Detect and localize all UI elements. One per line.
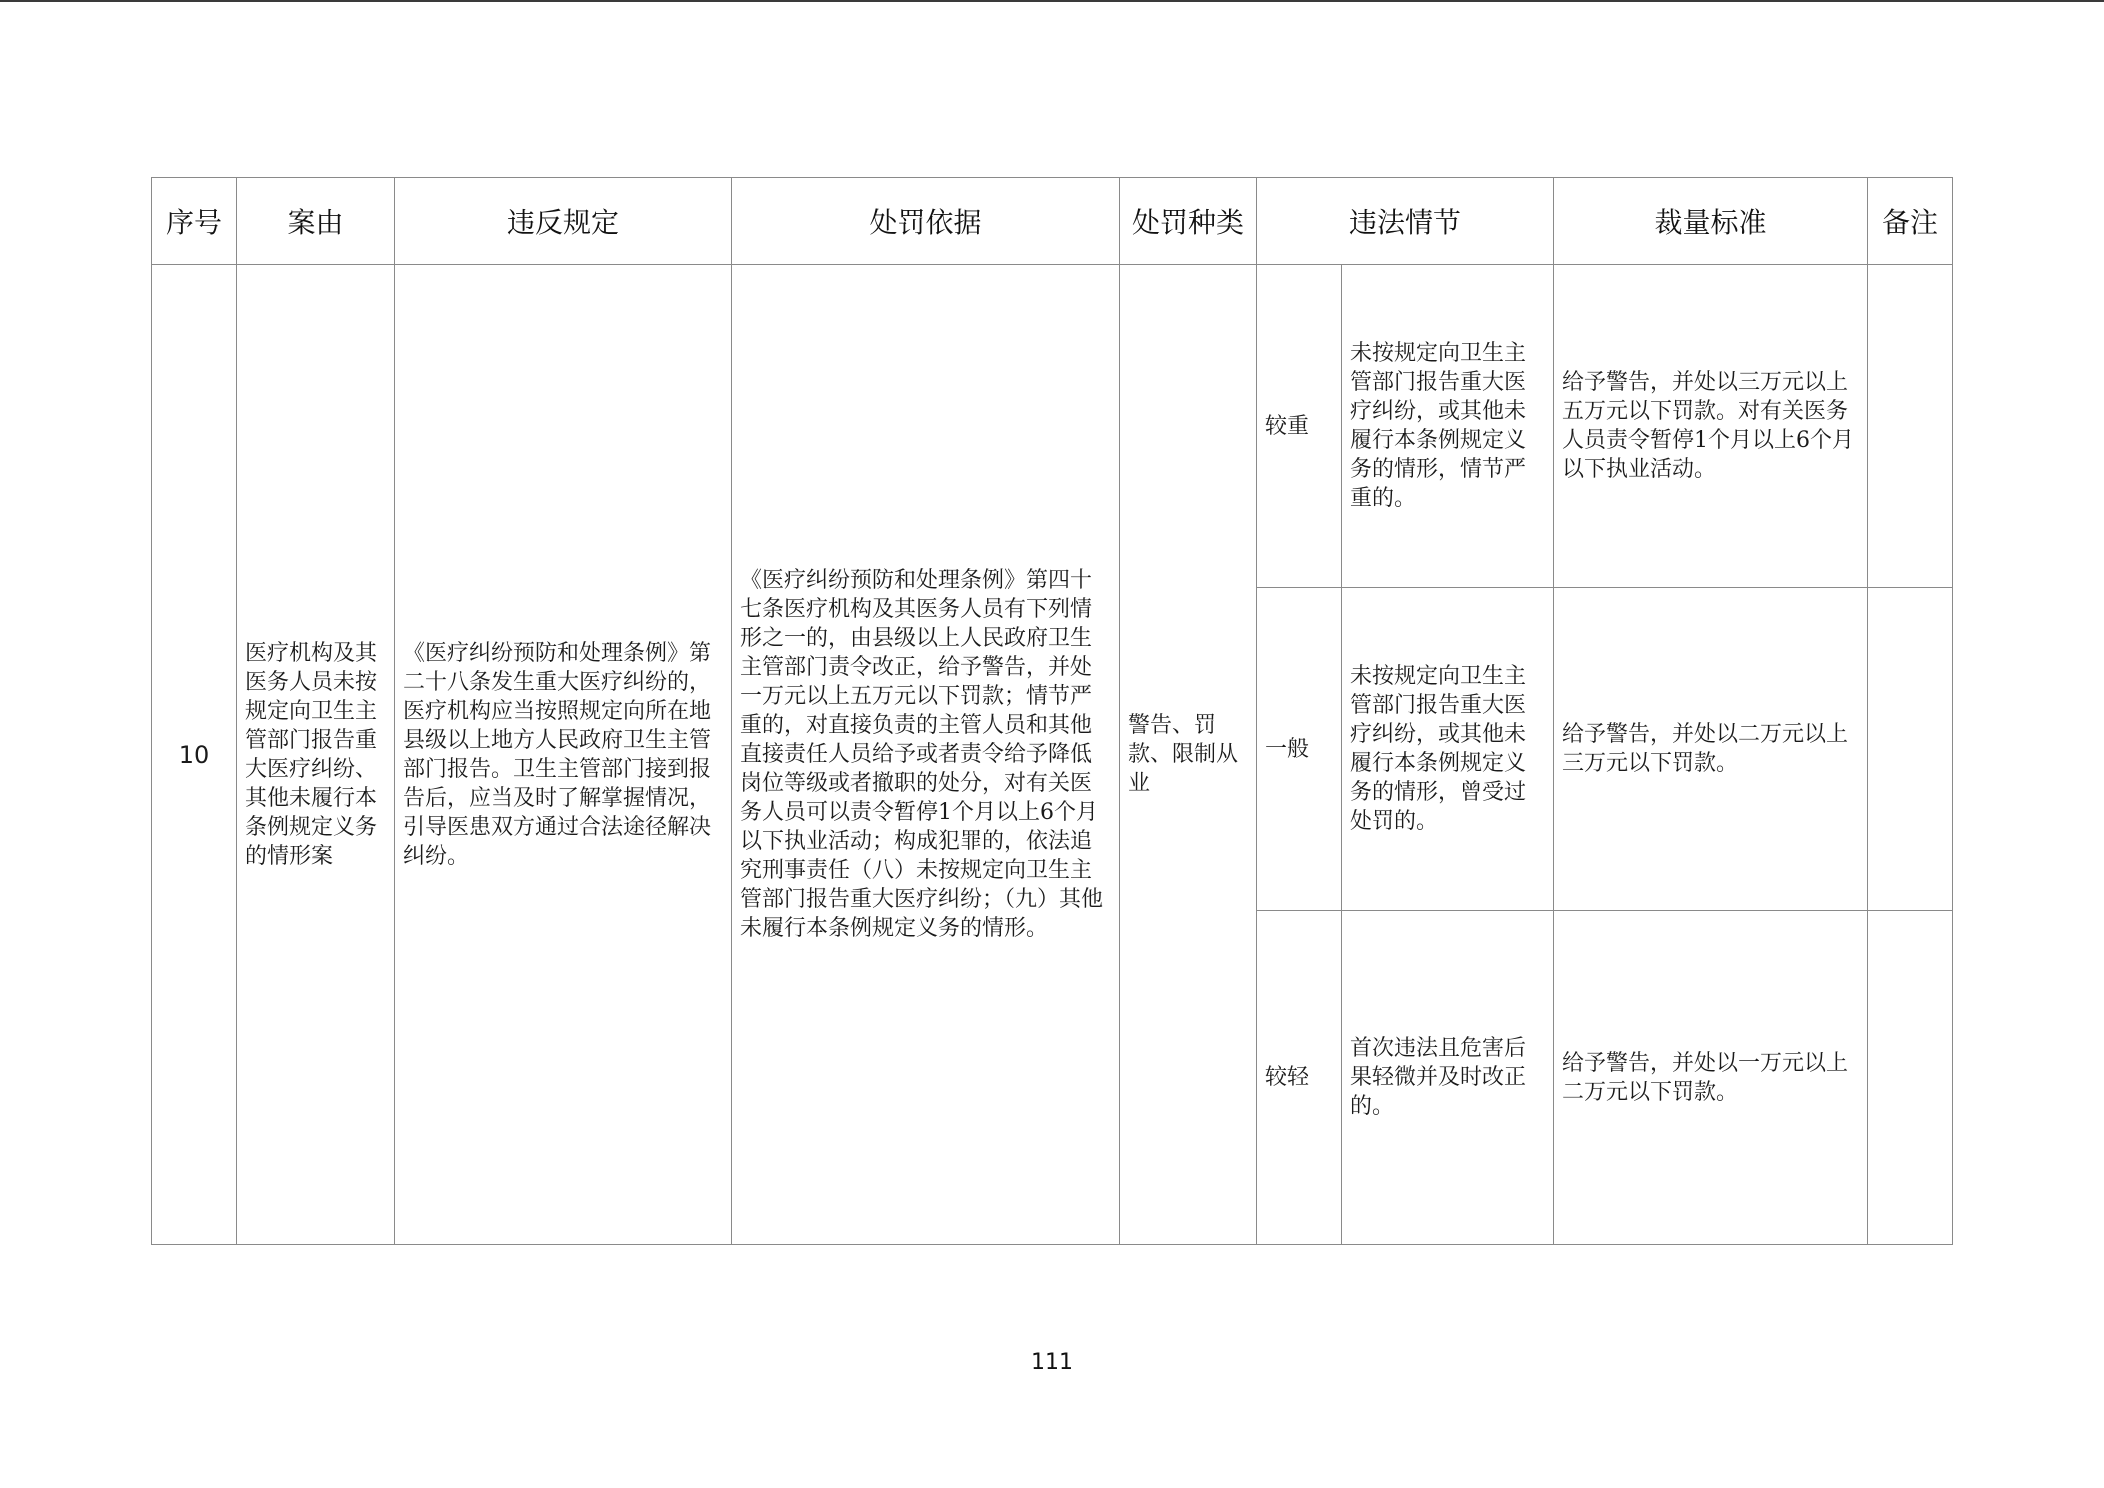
cell-circumstance: 未按规定向卫生主管部门报告重大医疗纠纷，或其他未履行本条例规定义务的情形，情节严…: [1342, 265, 1554, 588]
header-circumstances: 违法情节: [1257, 178, 1554, 265]
cell-violated-rule: 《医疗纠纷预防和处理条例》第二十八条发生重大医疗纠纷的，医疗机构应当按照规定向所…: [395, 265, 732, 1245]
cell-circumstance: 首次违法且危害后果轻微并及时改正的。: [1342, 911, 1554, 1245]
cell-standard: 给予警告，并处以一万元以上二万元以下罚款。: [1554, 911, 1868, 1245]
header-seq: 序号: [152, 178, 237, 265]
cell-standard: 给予警告，并处以三万元以上五万元以下罚款。对有关医务人员责令暂停1个月以上6个月…: [1554, 265, 1868, 588]
header-violated-rule: 违反规定: [395, 178, 732, 265]
header-discretion-standard: 裁量标准: [1554, 178, 1868, 265]
header-remarks: 备注: [1868, 178, 1953, 265]
cell-standard: 给予警告，并处以二万元以上三万元以下罚款。: [1554, 588, 1868, 911]
cell-remark: [1868, 911, 1953, 1245]
cell-penalty-basis: 《医疗纠纷预防和处理条例》第四十七条医疗机构及其医务人员有下列情形之一的，由县级…: [732, 265, 1120, 1245]
header-penalty-type: 处罚种类: [1120, 178, 1257, 265]
cell-penalty-type: 警告、罚款、限制从业: [1120, 265, 1257, 1245]
page-number: 111: [0, 1350, 2104, 1375]
cell-level: 较重: [1257, 265, 1342, 588]
cell-case: 医疗机构及其医务人员未按规定向卫生主管部门报告重大医疗纠纷、其他未履行本条例规定…: [237, 265, 395, 1245]
table-row: 10 医疗机构及其医务人员未按规定向卫生主管部门报告重大医疗纠纷、其他未履行本条…: [152, 265, 1953, 588]
cell-level: 一般: [1257, 588, 1342, 911]
cell-remark: [1868, 265, 1953, 588]
page-top-border: [0, 0, 2104, 2]
penalty-discretion-table: 序号 案由 违反规定 处罚依据 处罚种类 违法情节 裁量标准 备注 10 医疗机…: [151, 177, 1953, 1245]
cell-level: 较轻: [1257, 911, 1342, 1245]
header-penalty-basis: 处罚依据: [732, 178, 1120, 265]
table-header-row: 序号 案由 违反规定 处罚依据 处罚种类 违法情节 裁量标准 备注: [152, 178, 1953, 265]
header-case: 案由: [237, 178, 395, 265]
cell-circumstance: 未按规定向卫生主管部门报告重大医疗纠纷，或其他未履行本条例规定义务的情形，曾受过…: [1342, 588, 1554, 911]
cell-remark: [1868, 588, 1953, 911]
cell-seq: 10: [152, 265, 237, 1245]
